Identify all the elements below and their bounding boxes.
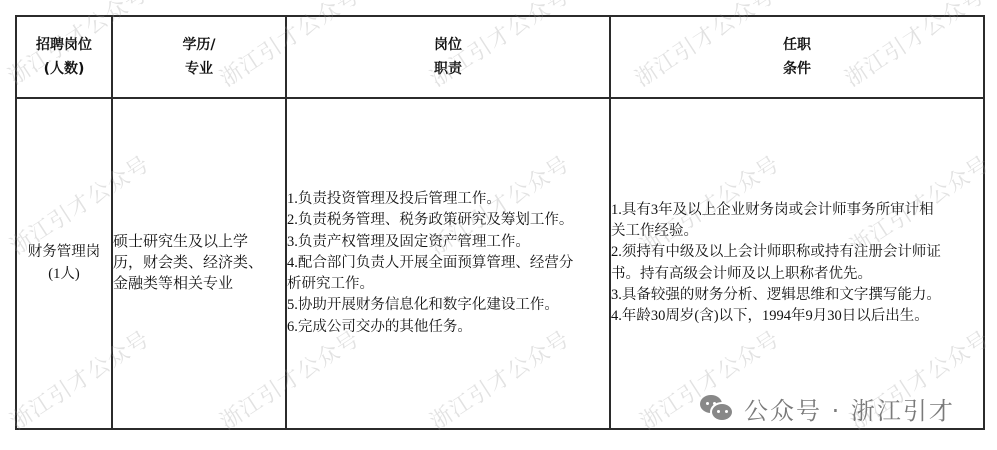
wechat-icon — [700, 393, 734, 423]
source-badge-label: 公众号 · 浙江引才 — [744, 391, 955, 426]
requirement-item: 关工作经验。 — [611, 221, 983, 242]
header-requirements: 任职 条件 — [610, 16, 984, 98]
duty-item: 析研究工作。 — [287, 274, 609, 295]
requirement-item: 1.具有3年及以上企业财务岗或会计师事务所审计相 — [611, 200, 983, 221]
duty-item: 6.完成公司交办的其他任务。 — [287, 317, 609, 338]
cell-duties: 1.负责投资管理及投后管理工作。 2.负责税务管理、税务政策研究及筹划工作。 3… — [286, 98, 610, 429]
duty-item: 4.配合部门负责人开展全面预算管理、经营分 — [287, 253, 609, 274]
cell-education: 硕士研究生及以上学 历，财会类、经济类、 金融类等相关专业 — [112, 98, 286, 429]
recruitment-table-container: 招聘岗位 (人数) 学历/ 专业 岗位 职责 任职 条件 财务管理岗 (1人) — [15, 15, 983, 430]
requirement-item: 书。持有高级会计师及以上职称者优先。 — [611, 264, 983, 285]
source-badge: 公众号 · 浙江引才 — [700, 388, 955, 428]
recruitment-table: 招聘岗位 (人数) 学历/ 专业 岗位 职责 任职 条件 财务管理岗 (1人) — [15, 15, 985, 430]
requirement-item: 2.须持有中级及以上会计师职称或持有注册会计师证 — [611, 242, 983, 263]
duty-item: 1.负责投资管理及投后管理工作。 — [287, 189, 609, 210]
requirement-item: 4.年龄30周岁(含)以下，1994年9月30日以后出生。 — [611, 306, 983, 327]
duty-item: 2.负责税务管理、税务政策研究及筹划工作。 — [287, 210, 609, 231]
header-duties: 岗位 职责 — [286, 16, 610, 98]
table-row: 财务管理岗 (1人) 硕士研究生及以上学 历，财会类、经济类、 金融类等相关专业… — [16, 98, 984, 429]
cell-position: 财务管理岗 (1人) — [16, 98, 112, 429]
duty-item: 5.协助开展财务信息化和数字化建设工作。 — [287, 295, 609, 316]
duty-item: 3.负责产权管理及固定资产管理工作。 — [287, 232, 609, 253]
header-position: 招聘岗位 (人数) — [16, 16, 112, 98]
header-row: 招聘岗位 (人数) 学历/ 专业 岗位 职责 任职 条件 — [16, 16, 984, 98]
requirement-item: 3.具备较强的财务分析、逻辑思维和文字撰写能力。 — [611, 285, 983, 306]
cell-requirements: 1.具有3年及以上企业财务岗或会计师事务所审计相 关工作经验。 2.须持有中级及… — [610, 98, 984, 429]
header-education: 学历/ 专业 — [112, 16, 286, 98]
